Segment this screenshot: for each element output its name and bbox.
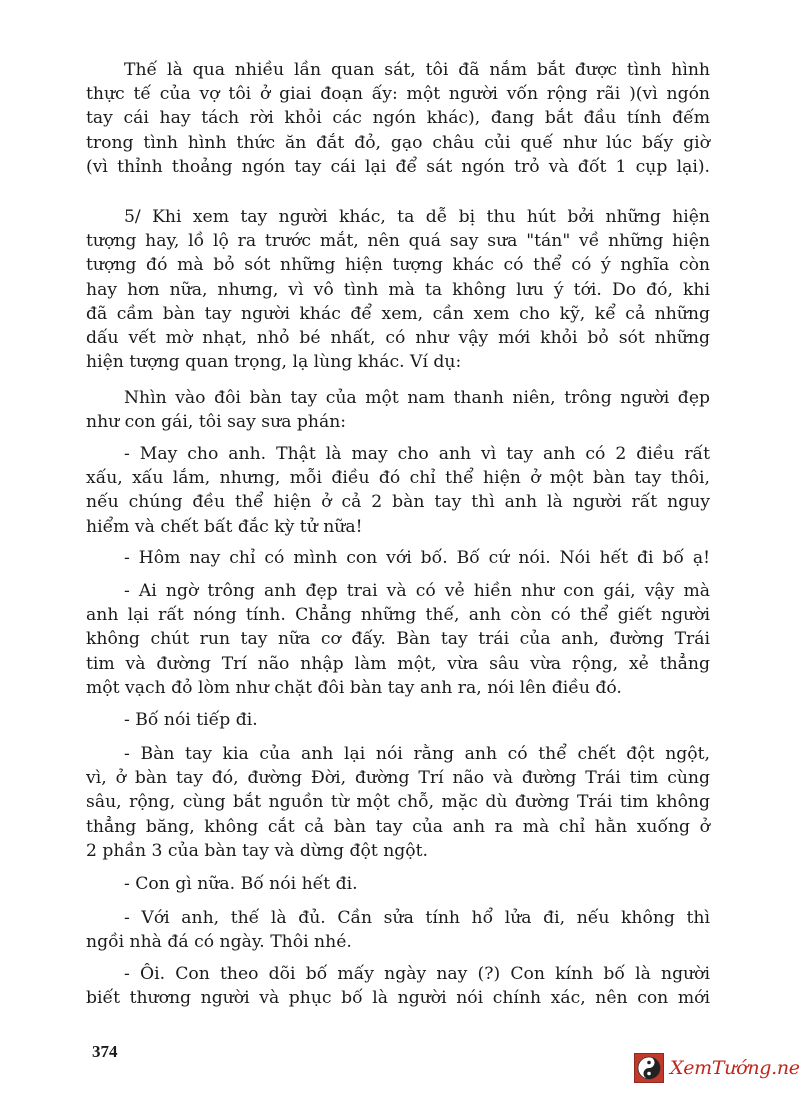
- paragraph-6: - Ai ngờ trông anh đẹp trai và có vẻ hiề…: [86, 579, 710, 700]
- text-line: - Ai ngờ trông anh đẹp trai và có vẻ hiề…: [86, 579, 710, 603]
- text-line: tượng đó mà bỏ sót những hiện tượng khác…: [86, 253, 710, 277]
- text-line: - Với anh, thế là đủ. Cần sửa tính hổ lử…: [86, 906, 710, 930]
- text-line: Nhìn vào đôi bàn tay của một nam thanh n…: [86, 386, 710, 410]
- paragraph-11: - Ôi. Con theo dõi bố mấy ngày nay (?) C…: [86, 962, 710, 1010]
- text-line: sâu, rộng, cùng bắt nguồn từ một chỗ, mặ…: [86, 790, 710, 814]
- text-line: vì, ở bàn tay đó, đường Đời, đường Trí n…: [86, 766, 710, 790]
- text-line: tượng hay, lồ lộ ra trước mắt, nên quá s…: [86, 229, 710, 253]
- text-line: xấu, xấu lắm, nhưng, mỗi điều đó chỉ thể…: [86, 466, 710, 490]
- paragraph-1: Thế là qua nhiều lần quan sát, tôi đã nắ…: [86, 58, 710, 179]
- paragraph-9: - Con gì nữa. Bố nói hết đi.: [86, 872, 710, 896]
- paragraph-5: - Hôm nay chỉ có mình con với bố. Bố cứ …: [86, 546, 710, 570]
- paragraph-8: - Bàn tay kia của anh lại nói rằng anh c…: [86, 742, 710, 863]
- text-line: thực tế của vợ tôi ở giai đoạn ấy: một n…: [86, 82, 710, 106]
- text-line: nếu chúng đều thể hiện ở cả 2 bàn tay th…: [86, 490, 710, 514]
- text-line: - Hôm nay chỉ có mình con với bố. Bố cứ …: [86, 546, 710, 570]
- paragraph-4: - May cho anh. Thật là may cho anh vì ta…: [86, 442, 710, 539]
- text-line: - Bàn tay kia của anh lại nói rằng anh c…: [86, 742, 710, 766]
- text-line: ngồi nhà đá có ngày. Thôi nhé.: [86, 930, 710, 954]
- text-line: anh lại rất nóng tính. Chẳng những thế, …: [86, 603, 710, 627]
- watermark-logo[interactable]: XemTướng.net: [634, 1050, 800, 1086]
- text-line: 5/ Khi xem tay người khác, ta dễ bị thu …: [86, 205, 710, 229]
- paragraph-7: - Bố nói tiếp đi.: [86, 708, 710, 732]
- text-line: thẳng băng, không cắt cả bàn tay của anh…: [86, 815, 710, 839]
- text-line: đã cầm bàn tay người khác để xem, cần xe…: [86, 302, 710, 326]
- text-line: - Ôi. Con theo dõi bố mấy ngày nay (?) C…: [86, 962, 710, 986]
- text-line: biết thương người và phục bố là người nó…: [86, 986, 710, 1010]
- text-line: tim và đường Trí não nhập làm một, vừa s…: [86, 652, 710, 676]
- text-line: trong tình hình thức ăn đắt đỏ, gạo châu…: [86, 131, 710, 155]
- text-line: 2 phần 3 của bàn tay và dừng đột ngột.: [86, 839, 710, 863]
- text-line: Thế là qua nhiều lần quan sát, tôi đã nắ…: [86, 58, 710, 82]
- page-number: 374: [92, 1042, 118, 1062]
- text-line: như con gái, tôi say sưa phán:: [86, 410, 710, 434]
- text-line: không chút run tay nữa cơ đấy. Bàn tay t…: [86, 627, 710, 651]
- text-line: một vạch đỏ lòm như chặt đôi bàn tay anh…: [86, 676, 710, 700]
- text-line: dấu vết mờ nhạt, nhỏ bé nhất, có như vậy…: [86, 326, 710, 350]
- text-line: - Bố nói tiếp đi.: [86, 708, 710, 732]
- paragraph-3: Nhìn vào đôi bàn tay của một nam thanh n…: [86, 386, 710, 434]
- paragraph-2: 5/ Khi xem tay người khác, ta dễ bị thu …: [86, 205, 710, 374]
- watermark-text: XemTướng.net: [670, 1057, 800, 1079]
- yin-yang-icon: [634, 1053, 664, 1083]
- paragraph-10: - Với anh, thế là đủ. Cần sửa tính hổ lử…: [86, 906, 710, 954]
- text-line: hay hơn nữa, nhưng, vì vô tình mà ta khô…: [86, 278, 710, 302]
- text-line: (vì thỉnh thoảng ngón tay cái lại để sát…: [86, 155, 710, 179]
- text-line: - Con gì nữa. Bố nói hết đi.: [86, 872, 710, 896]
- text-line: hiểm và chết bất đắc kỳ tử nữa!: [86, 515, 710, 539]
- text-line: hiện tượng quan trọng, lạ lùng khác. Ví …: [86, 350, 710, 374]
- text-line: - May cho anh. Thật là may cho anh vì ta…: [86, 442, 710, 466]
- book-page: Thế là qua nhiều lần quan sát, tôi đã nắ…: [0, 0, 800, 1102]
- text-line: tay cái hay tách rời khỏi các ngón khác)…: [86, 106, 710, 130]
